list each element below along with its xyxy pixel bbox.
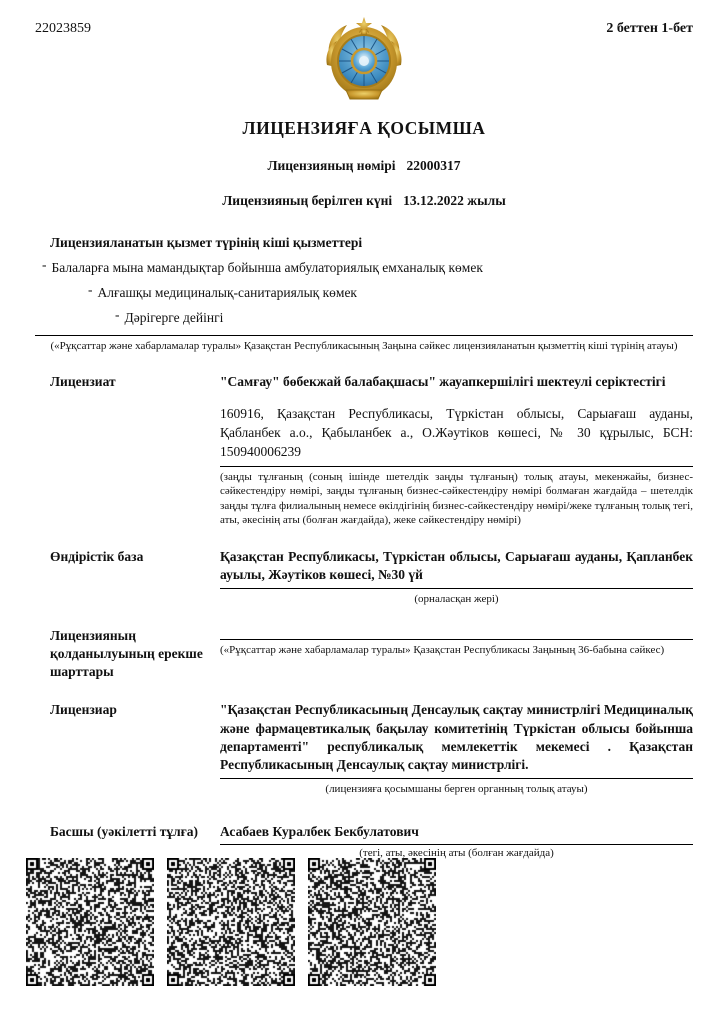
head-row: Басшы (уәкілетті тұлға) Асабаев Куралбек… bbox=[35, 823, 693, 859]
head-label: Басшы (уәкілетті тұлға) bbox=[35, 823, 220, 859]
licensor-value-wrap: "Қазақстан Республикасының Денсаулық сақ… bbox=[220, 701, 693, 796]
license-date-label: Лицензияның берілген күні bbox=[222, 193, 392, 209]
license-appendix-document: 22023859 bbox=[0, 0, 724, 1024]
qr-code bbox=[26, 858, 154, 986]
production-base-row: Өндірістік база Қазақстан Республикасы, … bbox=[35, 548, 693, 607]
page-count-label: 2 беттен 1-бет bbox=[412, 15, 693, 37]
license-number-value: 22000317 bbox=[407, 158, 461, 174]
dash-marker: - bbox=[115, 307, 120, 322]
licensee-caption: (заңды тұлғаның (соның ішінде шетелдік з… bbox=[220, 466, 693, 528]
qr-code bbox=[308, 858, 436, 986]
head-value-wrap: Асабаев Куралбек Бекбулатович (тегі, аты… bbox=[220, 823, 693, 859]
dash-marker: - bbox=[88, 282, 93, 297]
licensor-value: "Қазақстан Республикасының Денсаулық сақ… bbox=[220, 701, 693, 774]
qr-code-row bbox=[26, 858, 436, 986]
license-date-row: Лицензияның берілген күні 13.12.2022 жыл… bbox=[35, 193, 693, 209]
licensee-label: Лицензиат bbox=[35, 373, 220, 528]
special-conditions-row: Лицензияның қолданылуының ерекше шарттар… bbox=[35, 627, 693, 682]
licensee-row: Лицензиат "Самғау" бөбекжай балабақшасы"… bbox=[35, 373, 693, 528]
licensee-address: 160916, Қазақстан Республикасы, Түркіста… bbox=[220, 405, 693, 462]
licensor-row: Лицензиар "Қазақстан Республикасының Ден… bbox=[35, 701, 693, 796]
document-title: ЛИЦЕНЗИЯҒА ҚОСЫМША bbox=[35, 118, 693, 139]
subtype-item: -Балаларға мына мамандықтар бойынша амбу… bbox=[42, 261, 693, 276]
subtypes-caption: («Рұқсаттар және хабарламалар туралы» Қа… bbox=[35, 339, 693, 353]
document-number: 22023859 bbox=[35, 15, 316, 37]
special-conditions-label: Лицензияның қолданылуының ерекше шарттар… bbox=[35, 627, 220, 682]
subtype-item-text: Дәрігерге дейінгі bbox=[125, 310, 224, 325]
kazakhstan-coat-of-arms-icon bbox=[319, 15, 409, 110]
licensee-name: "Самғау" бөбекжай балабақшасы" жауапкерш… bbox=[220, 373, 693, 391]
subtype-item: -Алғашқы медициналық-санитариялық көмек bbox=[88, 286, 693, 301]
subtype-item-text: Алғашқы медициналық-санитариялық көмек bbox=[98, 285, 358, 300]
special-conditions-value-wrap: («Рұқсаттар және хабарламалар туралы» Қа… bbox=[220, 627, 693, 682]
production-base-value: Қазақстан Республикасы, Түркістан облысы… bbox=[220, 548, 693, 584]
production-base-caption: (орналасқан жері) bbox=[220, 588, 693, 607]
document-header: 22023859 bbox=[35, 15, 693, 110]
licensee-value: "Самғау" бөбекжай балабақшасы" жауапкерш… bbox=[220, 373, 693, 528]
subtypes-heading: Лицензияланатын қызмет түрінің кіші қызм… bbox=[50, 235, 693, 251]
license-date-value: 13.12.2022 жылы bbox=[403, 193, 506, 209]
head-value: Асабаев Куралбек Бекбулатович bbox=[220, 823, 693, 845]
production-base-label: Өндірістік база bbox=[35, 548, 220, 607]
license-number-row: Лицензияның нөмірі 22000317 bbox=[35, 158, 693, 174]
subtype-item-text: Балаларға мына мамандықтар бойынша амбул… bbox=[52, 260, 483, 275]
subtype-item: -Дәрігерге дейінгі bbox=[115, 311, 693, 326]
emblem-container bbox=[316, 15, 412, 110]
qr-code bbox=[167, 858, 295, 986]
divider-line bbox=[35, 335, 693, 336]
licensor-label: Лицензиар bbox=[35, 701, 220, 796]
special-conditions-caption: («Рұқсаттар және хабарламалар туралы» Қа… bbox=[220, 639, 693, 658]
production-base-value-wrap: Қазақстан Республикасы, Түркістан облысы… bbox=[220, 548, 693, 607]
licensor-caption: (лицензияға қосымшаны берген органның то… bbox=[220, 778, 693, 797]
fields-section: Лицензиат "Самғау" бөбекжай балабақшасы"… bbox=[35, 373, 693, 859]
license-number-label: Лицензияның нөмірі bbox=[267, 158, 395, 174]
dash-marker: - bbox=[42, 257, 47, 272]
